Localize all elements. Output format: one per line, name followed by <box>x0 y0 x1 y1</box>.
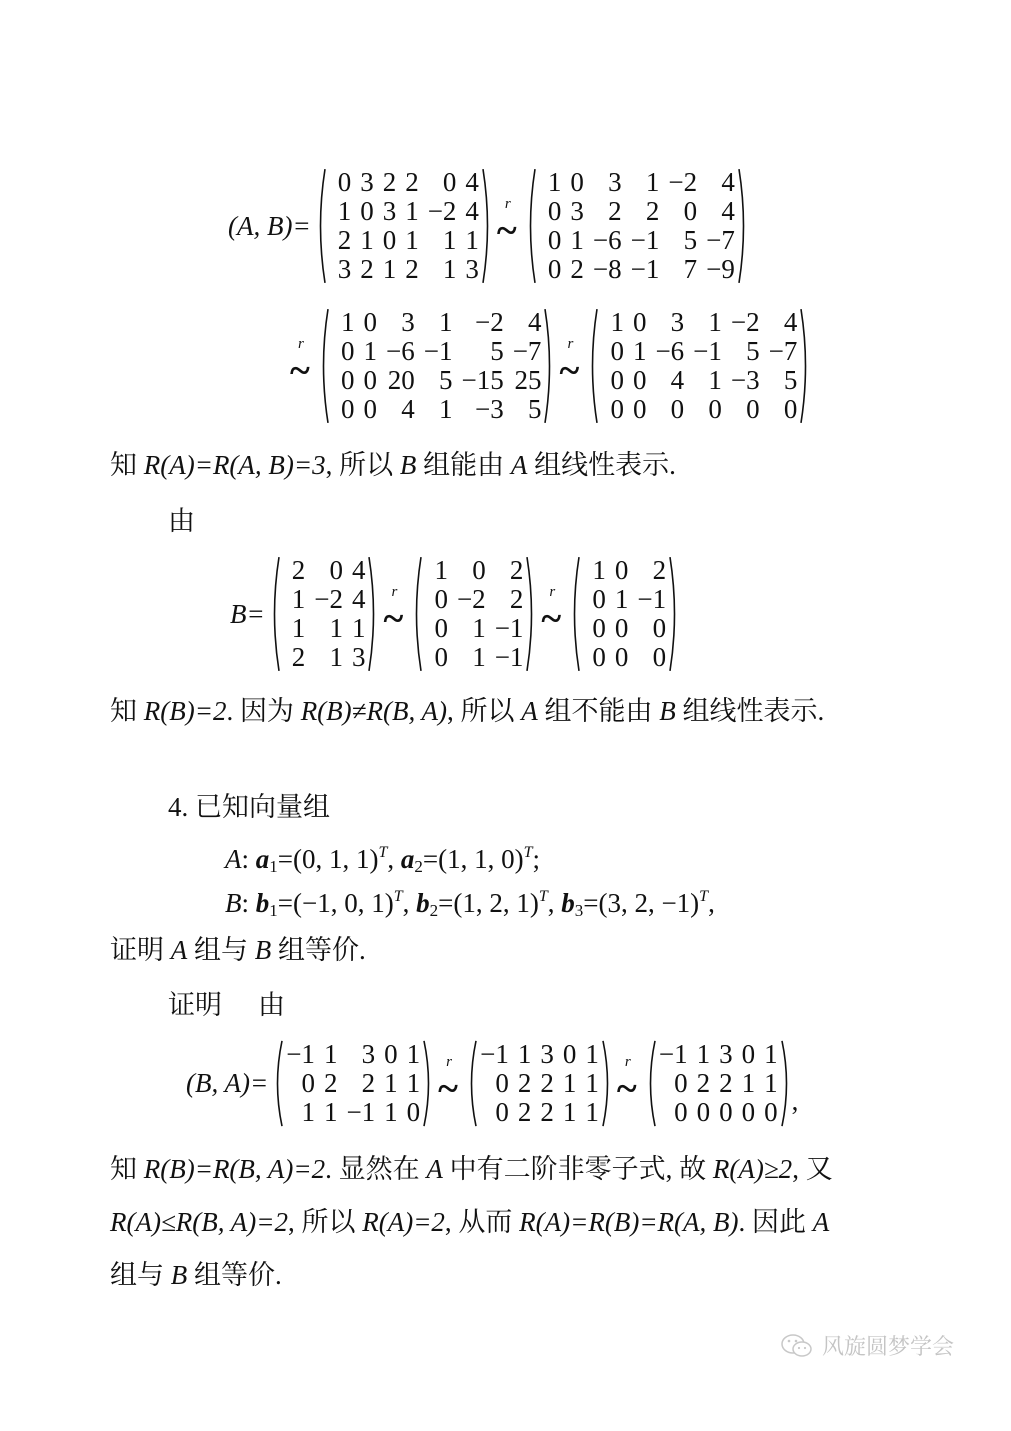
right-paren <box>367 556 379 672</box>
matrix-cell: 0 <box>554 1040 577 1069</box>
matrix-cell: 0 <box>710 1098 733 1127</box>
matrix: 0322041031−24210111321213 <box>315 168 493 284</box>
matrix-cell: 2 <box>561 255 584 284</box>
matrix-cell: 3 <box>374 197 397 226</box>
matrix-cell: 0 <box>659 197 697 226</box>
equation-lhs: (B, A)= <box>186 1068 268 1099</box>
matrix-cell: 1 <box>554 1098 577 1127</box>
left-paren <box>272 1040 284 1127</box>
left-paren <box>318 308 330 424</box>
matrix-cell: 0 <box>624 308 647 337</box>
matrix-cell: 5 <box>415 366 453 395</box>
matrix-cell: 1 <box>606 585 629 614</box>
matrix-cell: 3 <box>329 255 352 284</box>
matrix-cell: 0 <box>755 1098 778 1127</box>
matrix-cell: 1 <box>355 337 378 366</box>
proof-label: 证明由 <box>168 992 285 1019</box>
matrix-cell: 1 <box>419 226 457 255</box>
matrix-cell: 1 <box>396 197 419 226</box>
matrix-cell: −2 <box>448 585 486 614</box>
matrix-cell: 1 <box>305 614 343 643</box>
matrix-cell: 0 <box>583 585 606 614</box>
matrix: −113010221102211 <box>466 1040 613 1127</box>
matrix-cell: 1 <box>456 226 479 255</box>
matrix-cell: 1 <box>755 1069 778 1098</box>
row-equivalence-icon: ~r <box>558 346 584 386</box>
equation-b-reduction: B= 2041−24111213 ~r 1020−2201−101−1 ~r 1… <box>230 556 680 672</box>
matrix-cell: 25 <box>504 366 542 395</box>
matrix-cell: 3 <box>561 197 584 226</box>
right-paren <box>668 556 680 672</box>
matrix-cell: 1 <box>375 1098 398 1127</box>
matrix-cell: 3 <box>351 168 374 197</box>
matrix: −113010221100000 <box>645 1040 792 1127</box>
matrix-cell: 0 <box>425 643 448 672</box>
matrix-cell: 2 <box>688 1069 711 1098</box>
matrix-cell: 1 <box>554 1069 577 1098</box>
matrix-cell: 0 <box>646 395 684 424</box>
matrix-cell: 3 <box>337 1040 375 1069</box>
matrix-cell: 2 <box>584 197 622 226</box>
matrix-cell: 2 <box>710 1069 733 1098</box>
matrix-cell: 4 <box>697 197 735 226</box>
equation-ab-reduction-row2: ~r 1031−2401−6−15−700205−15250041−35 ~r … <box>286 308 811 424</box>
text-line: 知 R(A)=R(A, B)=3, 所以 B 组能由 A 组线性表示. <box>110 452 676 479</box>
matrix-cell: 1 <box>398 1069 421 1098</box>
matrix: 1031−2403220401−6−15−702−8−17−9 <box>525 168 749 284</box>
row-equivalence-icon: ~r <box>616 1064 642 1104</box>
matrix-cell: −1 <box>480 1040 509 1069</box>
matrix-cell: 0 <box>601 395 624 424</box>
left-paren <box>587 308 599 424</box>
left-paren <box>645 1040 657 1127</box>
equation-ba-reduction: (B, A)= −113010221111−110 ~r −1130102211… <box>186 1040 798 1127</box>
vector-group-b: B: b1=(−1, 0, 1)T, b2=(1, 2, 1)T, b3=(3,… <box>225 889 715 919</box>
matrix-cell: 2 <box>283 643 306 672</box>
matrix-cell: 0 <box>688 1098 711 1127</box>
matrix-cell: 1 <box>576 1040 599 1069</box>
wechat-icon <box>780 1333 814 1359</box>
matrix-cell: 0 <box>733 1040 756 1069</box>
matrix-cell: 0 <box>332 395 355 424</box>
text-line: 由 <box>168 508 195 535</box>
left-paren <box>269 556 281 672</box>
matrix-cell: 2 <box>486 556 524 585</box>
matrix-cell: 0 <box>332 366 355 395</box>
matrix-cell: 1 <box>448 614 486 643</box>
matrix-cell: 0 <box>684 395 722 424</box>
matrix-cell: −9 <box>697 255 735 284</box>
matrix-cell: 1 <box>419 255 457 284</box>
matrix-cell: 0 <box>539 197 562 226</box>
matrix-cell: 1 <box>576 1098 599 1127</box>
matrix-cell: 5 <box>452 337 503 366</box>
matrix-cell: 0 <box>561 168 584 197</box>
right-paren <box>780 1040 792 1127</box>
right-paren <box>737 168 749 284</box>
matrix-cell: 2 <box>351 255 374 284</box>
matrix-cell: 2 <box>396 255 419 284</box>
watermark-text: 风旋圆梦学会 <box>822 1330 954 1361</box>
matrix-cell: 20 <box>377 366 415 395</box>
matrix-cell: 1 <box>688 1040 711 1069</box>
matrix-cell: −1 <box>622 226 660 255</box>
matrix-cell: 3 <box>710 1040 733 1069</box>
matrix-cell: 1 <box>684 366 722 395</box>
matrix-cell: 0 <box>583 614 606 643</box>
matrix-cell: 0 <box>539 255 562 284</box>
matrix-cell: 1 <box>286 1098 315 1127</box>
matrix-cell: −1 <box>486 643 524 672</box>
matrix-cell: 3 <box>646 308 684 337</box>
equation-ab-reduction-row1: (A, B)= 0322041031−24210111321213 ~r 103… <box>228 168 749 284</box>
matrix-cell: 3 <box>584 168 622 197</box>
matrix-cell: 3 <box>377 308 415 337</box>
matrix-cell: 4 <box>456 197 479 226</box>
matrix-cell: 5 <box>504 395 542 424</box>
matrix-cell: 0 <box>659 1098 688 1127</box>
matrix: −113010221111−110 <box>272 1040 434 1127</box>
text-line: 知 R(B)=2. 因为 R(B)≠R(B, A), 所以 A 组不能由 B 组… <box>110 698 824 725</box>
matrix-cell: −1 <box>659 1040 688 1069</box>
matrix-cell: 1 <box>583 556 606 585</box>
matrix: 1020−2201−101−1 <box>411 556 537 672</box>
matrix-cell: 1 <box>448 643 486 672</box>
matrix-cell: 0 <box>425 585 448 614</box>
matrix-cell: 1 <box>396 226 419 255</box>
matrix-cell: 2 <box>329 226 352 255</box>
matrix-cell: 0 <box>355 366 378 395</box>
matrix-cell: −1 <box>486 614 524 643</box>
matrix: 10201−1000000 <box>569 556 680 672</box>
right-paren <box>543 308 555 424</box>
matrix-cell: 0 <box>583 643 606 672</box>
matrix-cell: −2 <box>722 308 760 337</box>
matrix-cell: 1 <box>329 197 352 226</box>
matrix-cell: 2 <box>396 168 419 197</box>
matrix-cell: 1 <box>733 1069 756 1098</box>
matrix-cell: −1 <box>684 337 722 366</box>
matrix-cell: 4 <box>504 308 542 337</box>
matrix-cell: 2 <box>509 1098 532 1127</box>
matrix-cell: 7 <box>659 255 697 284</box>
matrix-cell: −1 <box>286 1040 315 1069</box>
matrix-cell: −1 <box>628 585 666 614</box>
equation-lhs: B= <box>230 599 265 630</box>
matrix-cell: 1 <box>315 1098 338 1127</box>
left-paren <box>411 556 423 672</box>
matrix-cell: 2 <box>315 1069 338 1098</box>
matrix-cell: 0 <box>425 614 448 643</box>
left-paren <box>466 1040 478 1127</box>
matrix-cell: 1 <box>332 308 355 337</box>
matrix-cell: −7 <box>697 226 735 255</box>
matrix-cell: −6 <box>646 337 684 366</box>
matrix-cell: 0 <box>480 1098 509 1127</box>
matrix-cell: 0 <box>398 1098 421 1127</box>
matrix-cell: −6 <box>377 337 415 366</box>
matrix-cell: 4 <box>343 556 366 585</box>
matrix-cell: 0 <box>606 556 629 585</box>
matrix-cell: 1 <box>283 585 306 614</box>
matrix-cell: −3 <box>452 395 503 424</box>
matrix-cell: 0 <box>305 556 343 585</box>
matrix-cell: 2 <box>509 1069 532 1098</box>
matrix-cell: 2 <box>531 1069 554 1098</box>
matrix-cell: −2 <box>452 308 503 337</box>
matrix-cell: 0 <box>733 1098 756 1127</box>
matrix-cell: 1 <box>684 308 722 337</box>
matrix-cell: 0 <box>601 337 624 366</box>
matrix-cell: −1 <box>622 255 660 284</box>
matrix-cell: 0 <box>760 395 798 424</box>
matrix-cell: 1 <box>539 168 562 197</box>
matrix-cell: 0 <box>628 614 666 643</box>
matrix-cell: 0 <box>539 226 562 255</box>
right-paren <box>481 168 493 284</box>
matrix-cell: 5 <box>722 337 760 366</box>
matrix-cell: 1 <box>343 614 366 643</box>
vector-group-a: A: a1=(0, 1, 1)T, a2=(1, 1, 0)T; <box>225 845 540 875</box>
watermark: 风旋圆梦学会 <box>780 1330 954 1361</box>
matrix-cell: −15 <box>452 366 503 395</box>
matrix-cell: 4 <box>697 168 735 197</box>
matrix-cell: 3 <box>343 643 366 672</box>
matrix-cell: 0 <box>659 1069 688 1098</box>
matrix-cell: 5 <box>659 226 697 255</box>
matrix-cell: 4 <box>377 395 415 424</box>
matrix-cell: 1 <box>425 556 448 585</box>
matrix-cell: 2 <box>374 168 397 197</box>
left-paren <box>525 168 537 284</box>
matrix-cell: 3 <box>531 1040 554 1069</box>
matrix-cell: 0 <box>601 366 624 395</box>
matrix-cell: 1 <box>375 1069 398 1098</box>
row-equivalence-icon: ~r <box>437 1064 463 1104</box>
matrix-cell: 5 <box>760 366 798 395</box>
matrix-cell: 4 <box>646 366 684 395</box>
matrix-cell: 1 <box>283 614 306 643</box>
matrix-cell: 2 <box>486 585 524 614</box>
matrix-cell: −1 <box>337 1098 375 1127</box>
matrix-cell: 0 <box>351 197 374 226</box>
matrix-cell: −2 <box>419 197 457 226</box>
matrix-cell: 0 <box>355 395 378 424</box>
row-equivalence-icon: ~r <box>289 346 315 386</box>
matrix-cell: 0 <box>329 168 352 197</box>
right-paren <box>799 308 811 424</box>
matrix-cell: 1 <box>415 395 453 424</box>
matrix-cell: 1 <box>622 168 660 197</box>
equation-lhs: (A, B)= <box>228 211 311 242</box>
matrix-cell: −3 <box>722 366 760 395</box>
matrix-cell: 1 <box>415 308 453 337</box>
matrix-cell: 1 <box>576 1069 599 1098</box>
right-paren <box>601 1040 613 1127</box>
matrix-cell: 0 <box>286 1069 315 1098</box>
matrix-cell: 1 <box>601 308 624 337</box>
row-equivalence-icon: ~r <box>382 594 408 634</box>
matrix-cell: −2 <box>659 168 697 197</box>
text-line: R(A)≤R(B, A)=2, 所以 R(A)=2, 从而 R(A)=R(B)=… <box>110 1209 829 1236</box>
matrix-cell: 0 <box>374 226 397 255</box>
matrix-cell: 0 <box>624 366 647 395</box>
matrix-cell: 0 <box>375 1040 398 1069</box>
text-line: 知 R(B)=R(B, A)=2. 显然在 A 中有二阶非零子式, 故 R(A)… <box>110 1156 833 1183</box>
matrix-cell: 1 <box>561 226 584 255</box>
matrix-cell: −2 <box>305 585 343 614</box>
matrix-cell: 1 <box>509 1040 532 1069</box>
row-equivalence-icon: ~r <box>540 594 566 634</box>
matrix-cell: 2 <box>531 1098 554 1127</box>
matrix-cell: 0 <box>355 308 378 337</box>
matrix-cell: 2 <box>628 556 666 585</box>
matrix-cell: 1 <box>755 1040 778 1069</box>
matrix-cell: 2 <box>622 197 660 226</box>
matrix-cell: −1 <box>415 337 453 366</box>
matrix-cell: 0 <box>606 643 629 672</box>
matrix-cell: 4 <box>343 585 366 614</box>
matrix-cell: 2 <box>283 556 306 585</box>
row-equivalence-icon: ~r <box>496 206 522 246</box>
matrix-cell: −7 <box>504 337 542 366</box>
matrix-cell: 1 <box>315 1040 338 1069</box>
problem-title: 4. 已知向量组 <box>168 794 330 821</box>
matrix-cell: 2 <box>337 1069 375 1098</box>
problem-statement: 证明 A 组与 B 组等价. <box>110 937 366 964</box>
matrix-cell: 4 <box>760 308 798 337</box>
matrix: 1031−2401−6−15−700205−15250041−35 <box>318 308 555 424</box>
matrix-cell: 1 <box>374 255 397 284</box>
matrix-cell: 1 <box>624 337 647 366</box>
matrix-cell: −6 <box>584 226 622 255</box>
matrix-cell: 3 <box>456 255 479 284</box>
matrix-cell: 0 <box>606 614 629 643</box>
matrix-cell: 0 <box>419 168 457 197</box>
right-paren <box>525 556 537 672</box>
matrix-cell: 0 <box>722 395 760 424</box>
matrix-cell: 1 <box>305 643 343 672</box>
matrix: 1031−2401−6−15−70041−35000000 <box>587 308 811 424</box>
matrix-cell: 0 <box>448 556 486 585</box>
text-line: 组与 B 组等价. <box>110 1262 282 1289</box>
matrix-cell: 1 <box>351 226 374 255</box>
matrix: 2041−24111213 <box>269 556 380 672</box>
right-paren <box>422 1040 434 1127</box>
matrix-cell: −7 <box>760 337 798 366</box>
matrix-cell: 0 <box>332 337 355 366</box>
matrix-cell: 0 <box>480 1069 509 1098</box>
matrix-cell: 0 <box>628 643 666 672</box>
matrix-cell: 4 <box>456 168 479 197</box>
matrix-cell: 1 <box>398 1040 421 1069</box>
matrix-cell: −8 <box>584 255 622 284</box>
left-paren <box>315 168 327 284</box>
matrix-cell: 0 <box>624 395 647 424</box>
left-paren <box>569 556 581 672</box>
